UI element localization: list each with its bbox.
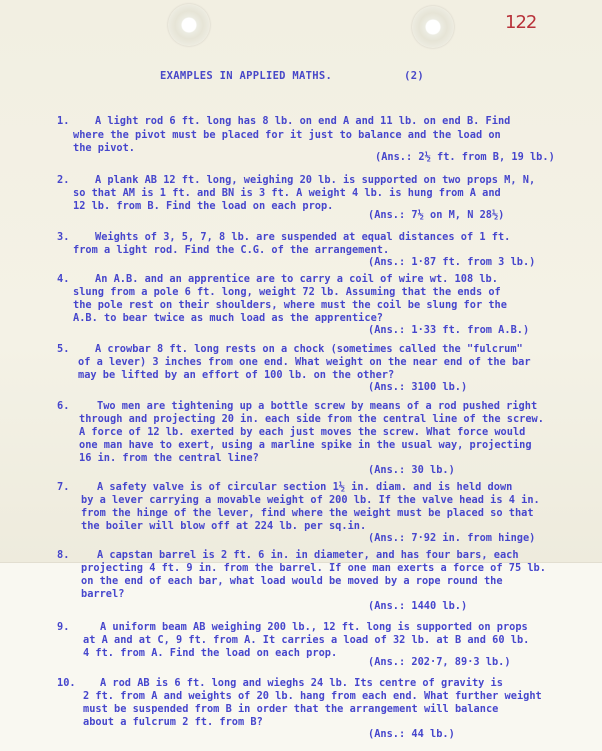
problem-text-line: A uniform beam AB weighing 200 lb., 12 f…	[100, 621, 528, 635]
punch-hole-left	[168, 4, 210, 46]
problem-answer: (Ans.: 1440 lb.)	[368, 600, 467, 614]
problem-text-line: 4 ft. from A. Find the load on each prop…	[83, 647, 337, 661]
page-title: EXAMPLES IN APPLIED MATHS.(2)	[160, 70, 424, 82]
problem-answer: (Ans.: 3100 lb.)	[368, 381, 467, 395]
problem-text-line: 16 in. from the central line?	[79, 452, 259, 466]
problem-text-line: 12 lb. from B. Find the load on each pro…	[73, 200, 333, 214]
problem-answer: (Ans.: 1·87 ft. from 3 lb.)	[368, 256, 535, 270]
problem-text-line: from a light rod. Find the C.G. of the a…	[73, 244, 389, 258]
problem-text-line: of a lever) 3 inches from one end. What …	[78, 356, 531, 370]
problem-text-line: A light rod 6 ft. long has 8 lb. on end …	[95, 115, 510, 129]
problem-answer: (Ans.: 202·7, 89·3 lb.)	[368, 656, 511, 670]
problem-text-line: An A.B. and an apprentice are to carry a…	[95, 273, 498, 287]
problem-text-line: barrel?	[81, 588, 124, 602]
problem-answer: (Ans.: 1·33 ft. from A.B.)	[368, 324, 529, 338]
problem-text-line: A rod AB is 6 ft. long and wieghs 24 lb.…	[100, 677, 503, 691]
title-text: EXAMPLES IN APPLIED MATHS.	[160, 70, 332, 82]
problem-number: 10.	[57, 677, 76, 691]
problem-answer: (Ans.: 2½ ft. from B, 19 lb.)	[375, 151, 555, 165]
problem-number: 4.	[57, 273, 69, 287]
problem-text-line: the pole rest on their shoulders, where …	[73, 299, 507, 313]
problem-text-line: projecting 4 ft. 9 in. from the barrel. …	[81, 562, 546, 576]
problem-text-line: one man have to exert, using a marline s…	[79, 439, 532, 453]
problem-number: 7.	[57, 481, 69, 495]
problem-text-line: by a lever carrying a movable weight of …	[81, 494, 540, 508]
problem-text-line: must be suspended from B in order that t…	[83, 703, 498, 717]
problem-text-line: on the end of each bar, what load would …	[81, 575, 503, 589]
problem-number: 2.	[57, 174, 69, 188]
problem-text-line: A safety valve is of circular section 1½…	[97, 481, 512, 495]
problem-text-line: Two men are tightening up a bottle screw…	[97, 400, 537, 414]
problem-number: 8.	[57, 549, 69, 563]
problem-text-line: may be lifted by an effort of 100 lb. on…	[78, 369, 394, 383]
page-number: 122	[505, 12, 536, 33]
problem-answer: (Ans.: 7½ on M, N 28½)	[368, 209, 504, 223]
problem-text-line: so that AM is 1 ft. and BN is 3 ft. A we…	[73, 187, 501, 201]
problem-answer: (Ans.: 7·92 in. from hinge)	[368, 532, 535, 546]
problem-text-line: A capstan barrel is 2 ft. 6 in. in diame…	[97, 549, 519, 563]
problem-text-line: A crowbar 8 ft. long rests on a chock (s…	[95, 343, 523, 357]
problem-text-line: the pivot.	[73, 142, 135, 156]
problem-text-line: A.B. to bear twice as much load as the a…	[73, 312, 383, 326]
problem-text-line: at A and at C, 9 ft. from A. It carries …	[83, 634, 529, 648]
problem-answer: (Ans.: 44 lb.)	[368, 728, 455, 742]
problem-text-line: Weights of 3, 5, 7, 8 lb. are suspended …	[95, 231, 510, 245]
part-number: (2)	[404, 70, 424, 82]
problem-text-line: the boiler will blow off at 224 lb. per …	[81, 520, 366, 534]
problem-text-line: where the pivot must be placed for it ju…	[73, 129, 501, 143]
punch-hole-right	[412, 6, 454, 48]
problem-text-line: slung from a pole 6 ft. long, weight 72 …	[73, 286, 501, 300]
problem-text-line: A force of 12 lb. exerted by each just m…	[79, 426, 525, 440]
problem-number: 6.	[57, 400, 69, 414]
problem-answer: (Ans.: 30 lb.)	[368, 464, 455, 478]
problem-text-line: from the hinge of the lever, find where …	[81, 507, 534, 521]
problem-number: 5.	[57, 343, 69, 357]
problem-number: 1.	[57, 115, 69, 129]
problem-number: 3.	[57, 231, 69, 245]
problem-text-line: about a fulcrum 2 ft. from B?	[83, 716, 263, 730]
problem-text-line: through and projecting 20 in. each side …	[79, 413, 544, 427]
problem-number: 9.	[57, 621, 69, 635]
problem-text-line: A plank AB 12 ft. long, weighing 20 lb. …	[95, 174, 535, 188]
problem-text-line: 2 ft. from A and weights of 20 lb. hang …	[83, 690, 542, 704]
